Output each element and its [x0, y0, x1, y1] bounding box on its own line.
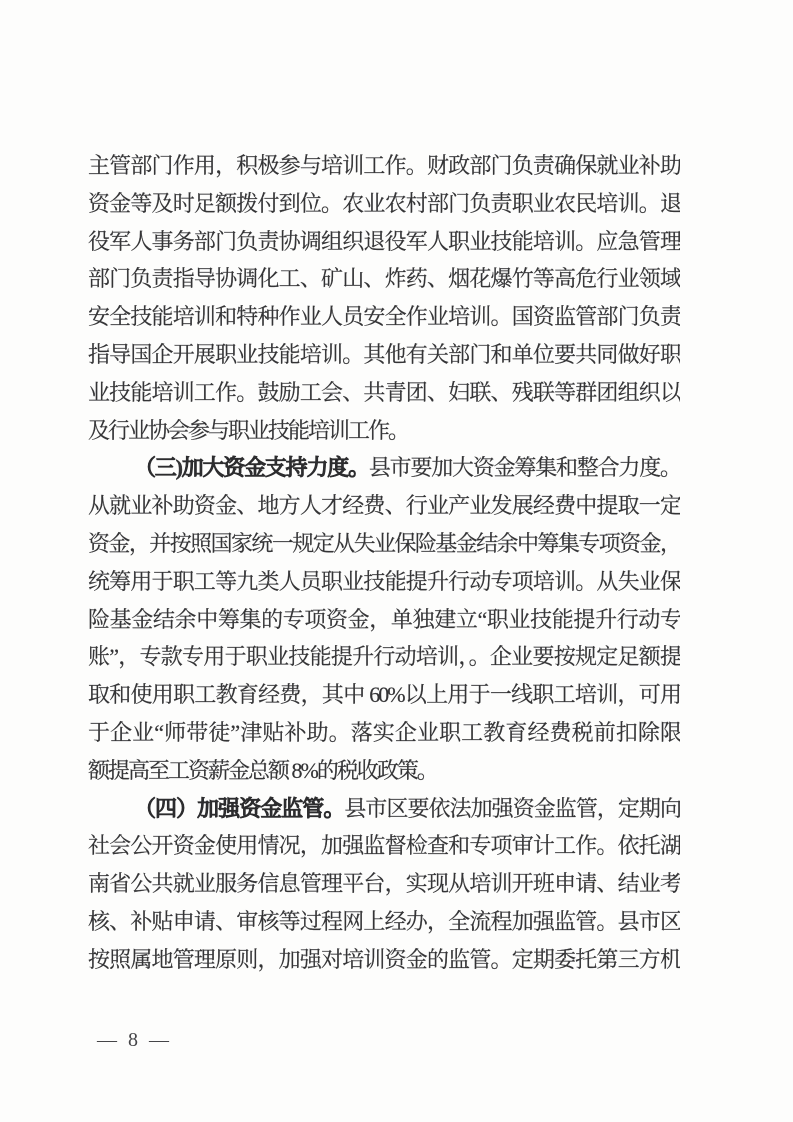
text-line-content: 业技能培训工作。鼓励工会、共青团、妇联、残联等群团组织以: [88, 380, 680, 405]
text-line-content: 统筹用于职工等九类人员职业技能提升行动专项培训。从失业保: [88, 569, 680, 594]
text-line: 从就业补助资金、地方人才经费、行业产业发展经费中提取一定: [88, 487, 680, 525]
text-line-content: 额提高至工资薪金总额 8%的税收政策。: [88, 758, 437, 783]
text-line-content: 安全技能培训和特种作业人员安全作业培训。国资监管部门负责: [88, 304, 680, 329]
text-line: 按照属地管理原则，加强对培训资金的监管。定期委托第三方机: [88, 941, 680, 979]
text-line-content: 指导国企开展职业技能培训。其他有关部门和单位要共同做好职: [88, 342, 680, 367]
text-line: 业技能培训工作。鼓励工会、共青团、妇联、残联等群团组织以: [88, 374, 680, 412]
text-line: 南省公共就业服务信息管理平台，实现从培训开班申请、结业考: [88, 865, 680, 903]
text-line: 核、补贴申请、审核等过程网上经办，全流程加强监管。县市区: [88, 903, 680, 941]
text-line: 于企业“师带徒”津贴补助。落实企业职工教育经费税前扣除限: [88, 714, 680, 752]
text-line: 额提高至工资薪金总额 8%的税收政策。: [88, 752, 680, 790]
text-line-content: 资金，并按照国家统一规定从失业保险基金结余中筹集专项资金，: [88, 531, 680, 556]
text-line: 险基金结余中筹集的专项资金，单独建立“职业技能提升行动专: [88, 601, 680, 639]
text-line-content: 南省公共就业服务信息管理平台，实现从培训开班申请、结业考: [88, 871, 680, 896]
document-text-block: 主管部门作用，积极参与培训工作。财政部门负责确保就业补助 资金等及时足额拨付到位…: [88, 147, 680, 979]
document-page: 主管部门作用，积极参与培训工作。财政部门负责确保就业补助 资金等及时足额拨付到位…: [0, 0, 793, 1122]
text-line: 统筹用于职工等九类人员职业技能提升行动专项培训。从失业保: [88, 563, 680, 601]
text-line-content: 主管部门作用，积极参与培训工作。财政部门负责确保就业补助: [88, 153, 680, 178]
text-line-content: 于企业“师带徒”津贴补助。落实企业职工教育经费税前扣除限: [88, 720, 680, 745]
text-line: 部门负责指导协调化工、矿山、炸药、烟花爆竹等高危行业领域: [88, 260, 680, 298]
text-line-content: 核、补贴申请、审核等过程网上经办，全流程加强监管。县市区: [88, 909, 680, 934]
text-line: 指导国企开展职业技能培训。其他有关部门和单位要共同做好职: [88, 336, 680, 374]
text-line: 资金，并按照国家统一规定从失业保险基金结余中筹集专项资金，: [88, 525, 680, 563]
text-line: 役军人事务部门负责协调组织退役军人职业技能培训。应急管理: [88, 223, 680, 261]
text-line-content: 社会公开资金使用情况，加强监督检查和专项审计工作。依托湖: [88, 833, 680, 858]
page-number: — 8 —: [97, 1026, 172, 1054]
text-line-content: 资金等及时足额拨付到位。农业农村部门负责职业农民培训。退: [88, 191, 680, 216]
text-line-content: 县市要加大资金筹集和整合力度。: [369, 455, 680, 480]
section-heading-bold: （三)加大资金支持力度。: [134, 455, 369, 480]
text-line: 社会公开资金使用情况，加强监督检查和专项审计工作。依托湖: [88, 827, 680, 865]
text-line: 及行业协会参与职业技能培训工作。: [88, 412, 680, 450]
text-line-content: 及行业协会参与职业技能培训工作。: [88, 418, 408, 443]
text-line-content: 取和使用职工教育经费，其中 60%以上用于一线职工培训，可用: [88, 682, 680, 707]
text-line-content: 役军人事务部门负责协调组织退役军人职业技能培训。应急管理: [88, 229, 680, 254]
section-heading-line-3: （三)加大资金支持力度。县市要加大资金筹集和整合力度。: [88, 449, 680, 487]
text-line-content: 县市区要依法加强资金监管，定期向: [344, 796, 680, 821]
text-line-content: 部门负责指导协调化工、矿山、炸药、烟花爆竹等高危行业领域: [88, 266, 680, 291]
text-line: 账”，专款专用于职业技能提升行动培训，。企业要按规定足额提: [88, 638, 680, 676]
text-line: 安全技能培训和特种作业人员安全作业培训。国资监管部门负责: [88, 298, 680, 336]
section-heading-line-4: （四）加强资金监管。县市区要依法加强资金监管，定期向: [88, 790, 680, 828]
text-line: 主管部门作用，积极参与培训工作。财政部门负责确保就业补助: [88, 147, 680, 185]
text-line: 取和使用职工教育经费，其中 60%以上用于一线职工培训，可用: [88, 676, 680, 714]
text-line-content: 按照属地管理原则，加强对培训资金的监管。定期委托第三方机: [88, 947, 680, 972]
text-line-content: 从就业补助资金、地方人才经费、行业产业发展经费中提取一定: [88, 493, 680, 518]
text-line: 资金等及时足额拨付到位。农业农村部门负责职业农民培训。退: [88, 185, 680, 223]
section-heading-bold: （四）加强资金监管。: [134, 796, 344, 821]
text-line-content: 险基金结余中筹集的专项资金，单独建立“职业技能提升行动专: [88, 607, 680, 632]
text-line-content: 账”，专款专用于职业技能提升行动培训，。企业要按规定足额提: [88, 644, 680, 669]
